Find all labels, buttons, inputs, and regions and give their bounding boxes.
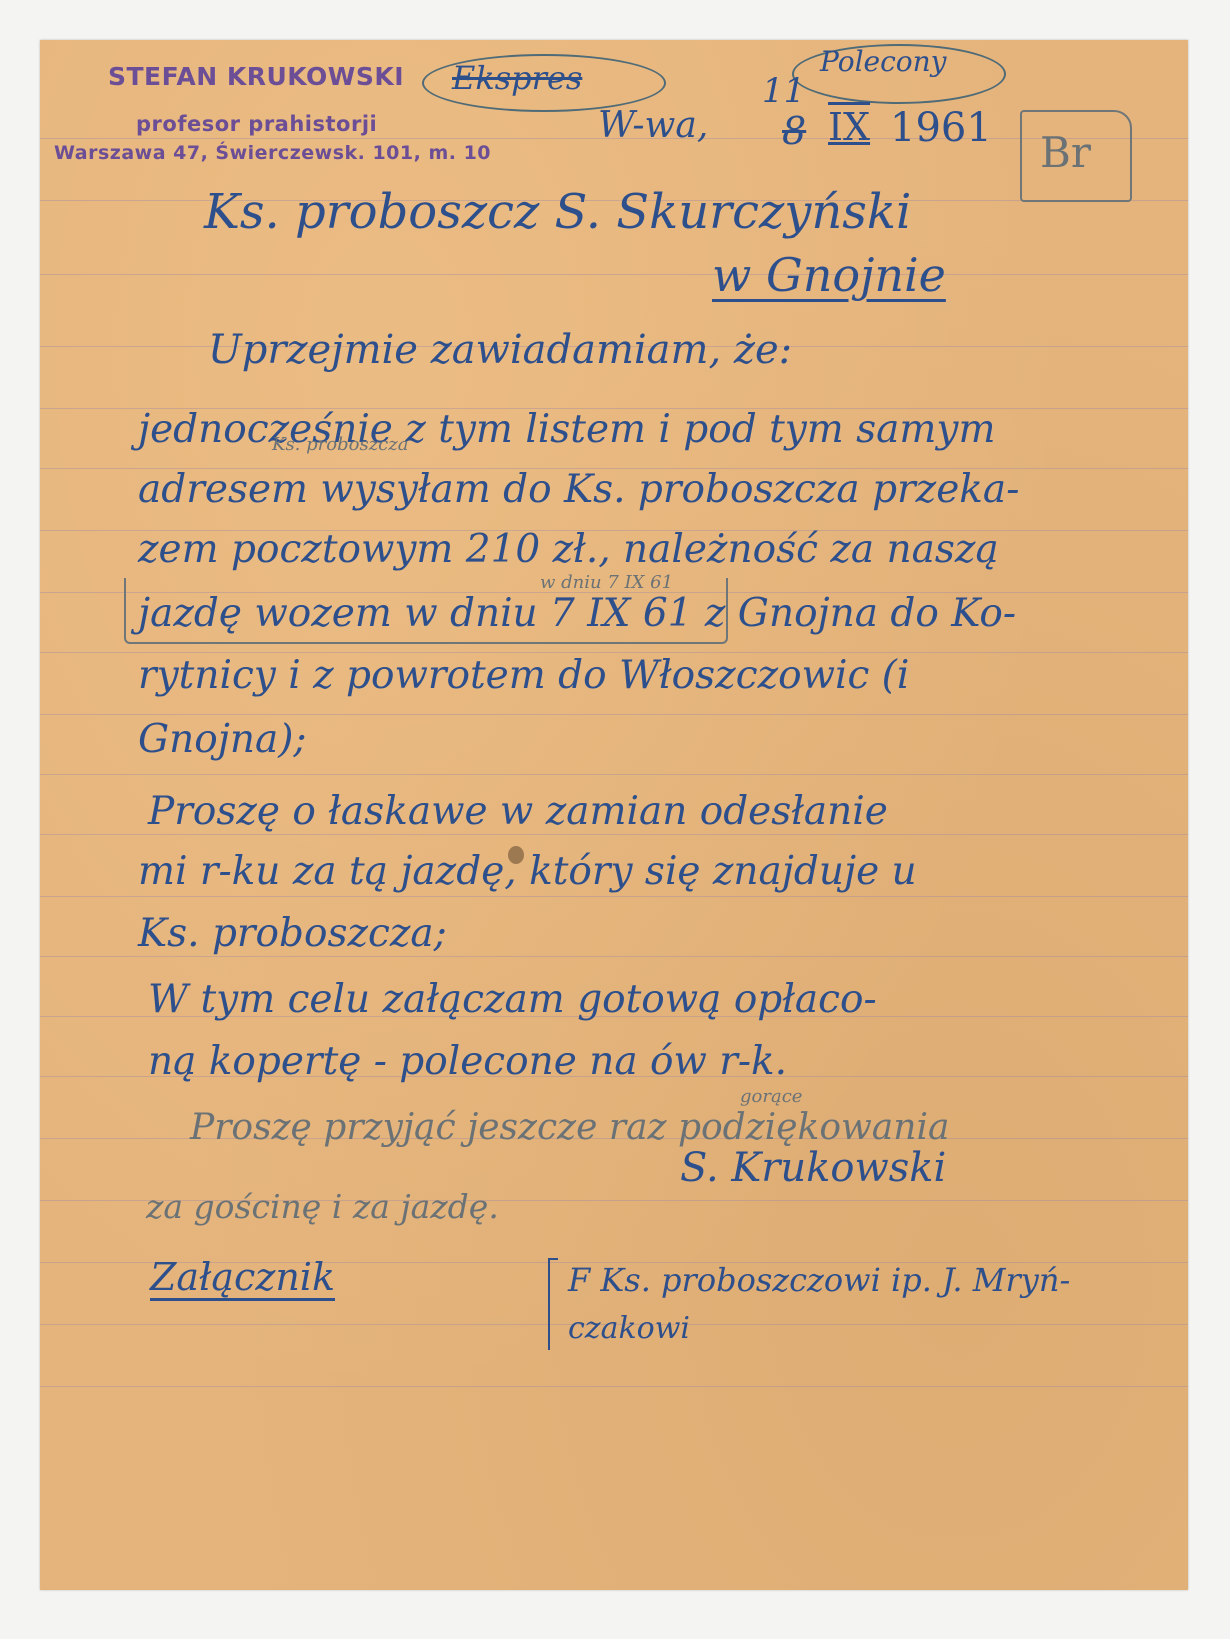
body-line: Proszę o łaskawe w zamian odesłanie xyxy=(148,792,888,831)
date-day-struck: 8 xyxy=(782,112,806,150)
enclosure-line-1: F Ks. proboszczowi ip. J. Mryń- xyxy=(568,1264,1070,1296)
ruled-line xyxy=(40,956,1188,957)
signature: S. Krukowski xyxy=(680,1148,946,1188)
body-line: ną kopertę - polecone na ów r-k. xyxy=(148,1042,787,1081)
body-line: W tym celu załączam gotową opłaco- xyxy=(148,980,877,1019)
body-line: jazdę wozem w dniu 7 IX 61 z Gnojna do K… xyxy=(138,594,1016,633)
letterhead-address: Warszawa 47, Świerczewsk. 101, m. 10 xyxy=(54,142,491,164)
polecony-annotation: Polecony xyxy=(820,48,946,76)
ruled-line xyxy=(40,274,1188,275)
pencil-insert: w dniu 7 IX 61 xyxy=(540,574,673,592)
body-line: zem pocztowym 210 zł., należność za nasz… xyxy=(138,530,999,569)
body-line: jednocześnie z tym listem i pod tym samy… xyxy=(138,410,995,449)
date-place: W-wa, xyxy=(598,108,708,144)
enclosure-line-2: czakowi xyxy=(568,1314,690,1344)
ruled-line xyxy=(40,834,1188,835)
recipient-line-1: Ks. proboszcz S. Skurczyński xyxy=(204,188,911,236)
ekspres-annotation: Ekspres xyxy=(452,62,582,94)
ruled-line xyxy=(40,1386,1188,1387)
recipient-line-2: w Gnojnie xyxy=(712,252,946,298)
ruled-line xyxy=(40,896,1188,897)
body-line: Gnojna); xyxy=(138,720,307,759)
enclosure-bracket xyxy=(548,1258,558,1350)
letter-page: STEFAN KRUKOWSKI profesor prahistorji Wa… xyxy=(40,40,1188,1590)
ruled-line xyxy=(40,714,1188,715)
pencil-insert: gorące xyxy=(740,1088,802,1106)
archive-mark: Br xyxy=(1040,132,1091,174)
enclosure-label: Załącznik xyxy=(150,1258,335,1296)
pencil-insert: Ks. proboszcza xyxy=(272,436,408,454)
body-line: adresem wysyłam do Ks. proboszcza przeka… xyxy=(138,470,1019,509)
letterhead-title: profesor prahistorji xyxy=(136,112,377,136)
ruled-line xyxy=(40,774,1188,775)
closing-pencil-line: Proszę przyjąć jeszcze raz podziękowania xyxy=(190,1110,949,1146)
greeting: Uprzejmie zawiadamiam, że: xyxy=(208,330,792,370)
date-day-correction: 11 xyxy=(762,74,805,108)
closing-pencil-line: za gościnę i za jazdę. xyxy=(146,1190,499,1223)
body-line: mi r-ku za tą jazdę, który się znajduje … xyxy=(138,852,917,891)
date-month: IX xyxy=(828,108,870,146)
letterhead-name: STEFAN KRUKOWSKI xyxy=(108,62,404,91)
body-line: Ks. proboszcza; xyxy=(138,914,447,953)
date-year: 1961 xyxy=(890,108,992,148)
body-line: rytnicy i z powrotem do Włoszczowic (i xyxy=(138,656,909,695)
